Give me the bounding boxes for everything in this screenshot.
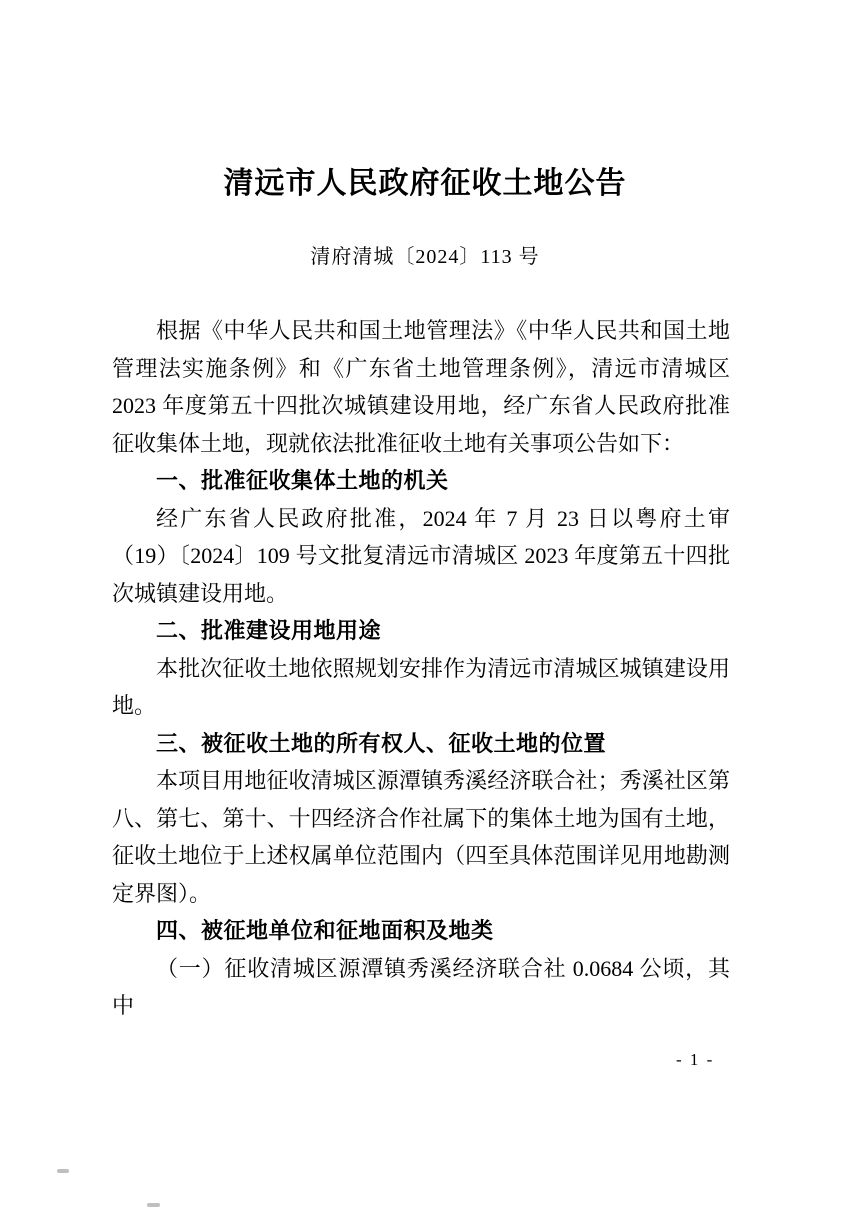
document-title: 清远市人民政府征收土地公告 [0, 158, 850, 202]
page-number: - 1 - [676, 1050, 714, 1070]
document-body: 根据《中华人民共和国土地管理法》《中华人民共和国土地管理法实施条例》和《广东省土… [112, 312, 730, 1025]
scan-artifact [57, 1169, 69, 1173]
document-page: 清远市人民政府征收土地公告 清府清城〔2024〕113 号 根据《中华人民共和国… [0, 0, 850, 1213]
document-number: 清府清城〔2024〕113 号 [0, 240, 850, 269]
section-3-heading: 三、被征收土地的所有权人、征收土地的位置 [112, 725, 730, 763]
section-2-heading: 二、批准建设用地用途 [112, 612, 730, 650]
section-4-heading: 四、被征地单位和征地面积及地类 [112, 912, 730, 950]
section-1-heading: 一、批准征收集体土地的机关 [112, 462, 730, 500]
section-4-paragraph-item-1: （一）征收清城区源潭镇秀溪经济联合社 0.0684 公顷，其中 [112, 950, 730, 1025]
paragraph-legal-basis: 根据《中华人民共和国土地管理法》《中华人民共和国土地管理法实施条例》和《广东省土… [112, 312, 730, 462]
scan-artifact [147, 1203, 160, 1207]
section-2-paragraph: 本批次征收土地依照规划安排作为清远市清城区城镇建设用地。 [112, 650, 730, 725]
section-1-paragraph: 经广东省人民政府批准，2024 年 7 月 23 日以粤府土审（19）〔2024… [112, 500, 730, 613]
section-3-paragraph: 本项目用地征收清城区源潭镇秀溪经济联合社；秀溪社区第八、第七、第十、十四经济合作… [112, 762, 730, 912]
